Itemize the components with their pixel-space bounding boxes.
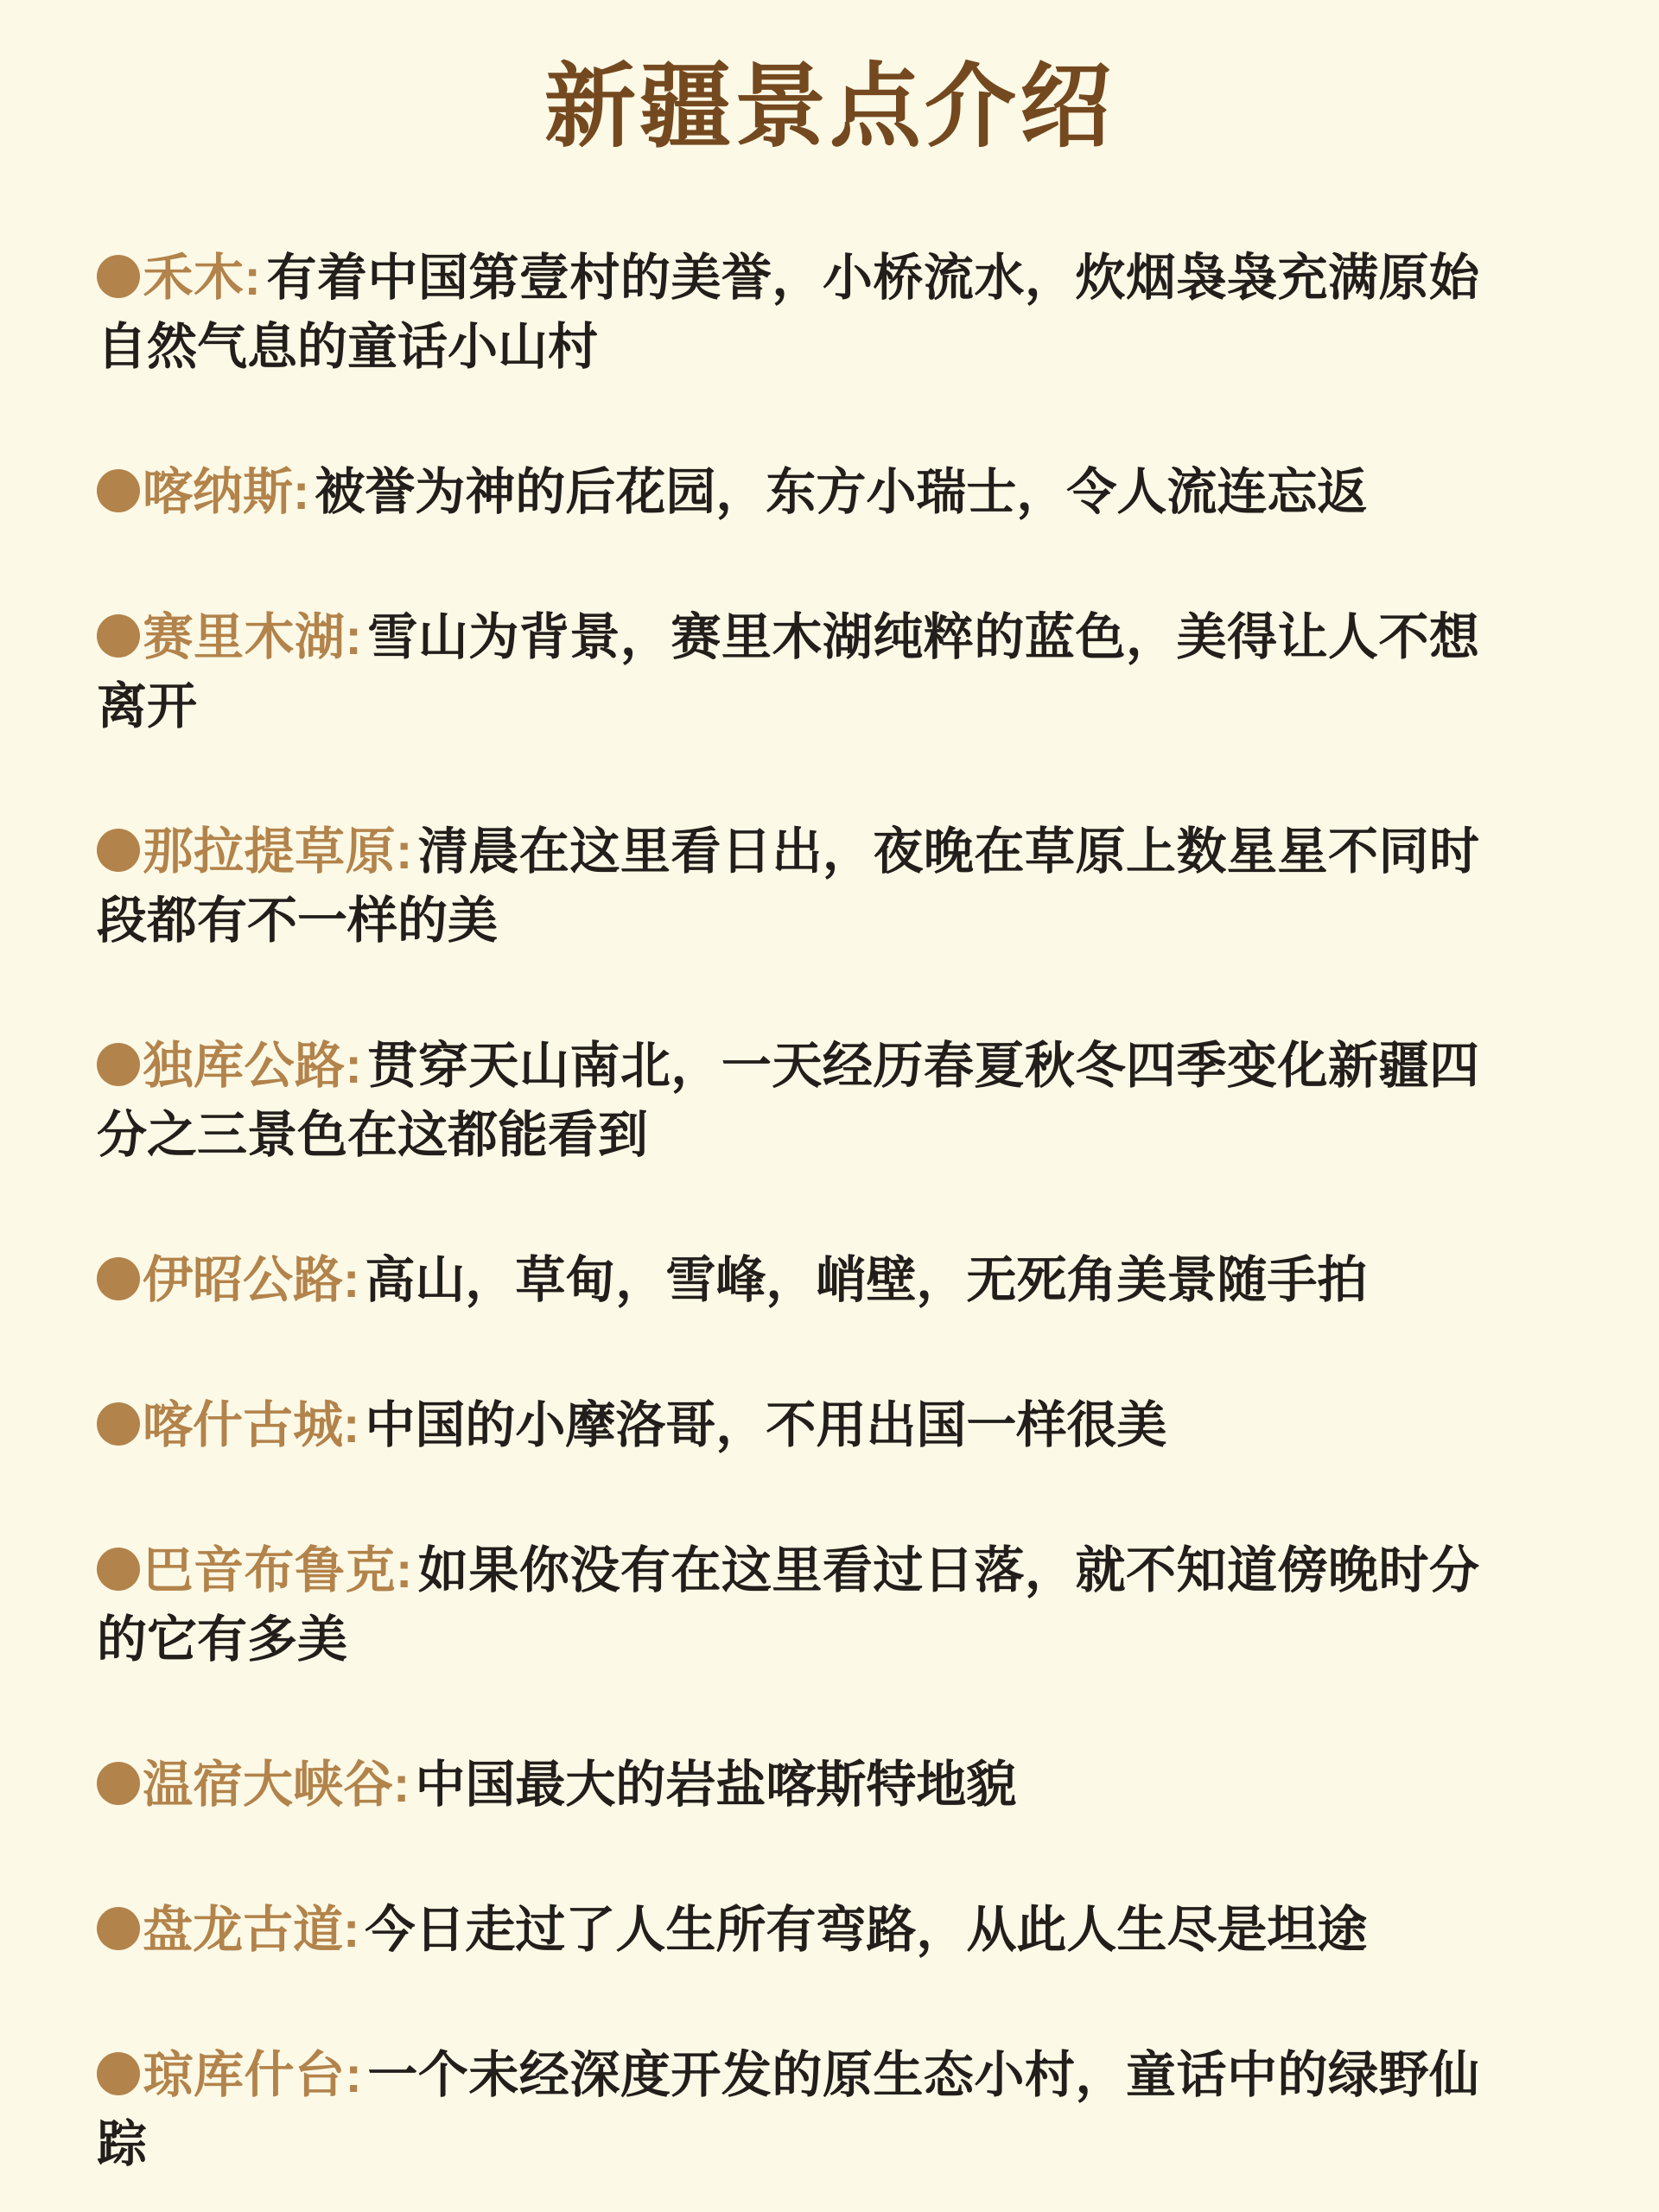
circle-bullet-icon	[97, 469, 140, 512]
attraction-name: 独库公路	[143, 1038, 346, 1094]
circle-bullet-icon	[97, 1257, 140, 1300]
attraction-item: 琼库什台:一个未经深度开发的原生态小村，童话中的绿野仙踪	[97, 2041, 1479, 2179]
attraction-item: 盘龙古道:今日走过了人生所有弯路，从此人生尽是坦途	[97, 1896, 1479, 1965]
attraction-item: 伊昭公路:高山，草甸，雪峰，峭壁，无死角美景随手拍	[97, 1246, 1479, 1315]
attraction-name: 盘龙古道	[143, 1902, 343, 1958]
attraction-description: 高山，草甸，雪峰，峭壁，无死角美景随手拍	[365, 1252, 1367, 1308]
attraction-description: 有着中国第壹村的美誉，小桥流水，炊烟袅袅充满原始自然气息的童话小山村	[97, 250, 1479, 375]
attraction-colon: :	[293, 464, 309, 520]
attraction-colon: :	[393, 1757, 410, 1813]
attraction-colon: :	[396, 823, 412, 880]
circle-bullet-icon	[97, 614, 140, 658]
circle-bullet-icon	[97, 2052, 140, 2095]
attraction-item: 赛里木湖:雪山为背景，赛里木湖纯粹的蓝色，美得让人不想离开	[97, 603, 1479, 741]
circle-bullet-icon	[97, 1762, 140, 1805]
attraction-name: 温宿大峡谷	[143, 1757, 393, 1813]
attraction-colon: :	[343, 1902, 359, 1958]
attraction-item: 喀什古城:中国的小摩洛哥，不用出国一样很美	[97, 1391, 1479, 1460]
circle-bullet-icon	[97, 1907, 140, 1950]
circle-bullet-icon	[97, 1043, 140, 1086]
attraction-colon: :	[245, 250, 261, 306]
attraction-colon: :	[346, 2047, 362, 2103]
circle-bullet-icon	[97, 829, 140, 872]
attraction-list: 禾木:有着中国第壹村的美誉，小桥流水，炊烟袅袅充满原始自然气息的童话小山村 喀纳…	[0, 244, 1659, 2179]
attraction-description: 今日走过了人生所有弯路，从此人生尽是坦途	[365, 1902, 1367, 1958]
attraction-colon: :	[343, 1397, 359, 1453]
attraction-item: 温宿大峡谷:中国最大的岩盐喀斯特地貌	[97, 1751, 1479, 1820]
attraction-name: 喀什古城	[143, 1397, 343, 1453]
attraction-description: 中国最大的岩盐喀斯特地貌	[415, 1757, 1016, 1813]
circle-bullet-icon	[97, 1548, 140, 1591]
attraction-item: 巴音布鲁克:如果你没有在这里看过日落，就不知道傍晚时分的它有多美	[97, 1536, 1479, 1675]
attraction-item: 那拉提草原:清晨在这里看日出，夜晚在草原上数星星不同时段都有不一样的美	[97, 817, 1479, 956]
attraction-colon: :	[343, 1252, 359, 1308]
attraction-name: 巴音布鲁克	[143, 1542, 396, 1599]
attraction-description: 被誉为神的后花园，东方小瑞士，令人流连忘返	[315, 464, 1367, 520]
attraction-colon: :	[346, 1038, 362, 1094]
attraction-item: 禾木:有着中国第壹村的美誉，小桥流水，炊烟袅袅充满原始自然气息的童话小山村	[97, 244, 1479, 382]
poster-page: 新疆景点介绍 禾木:有着中国第壹村的美誉，小桥流水，炊烟袅袅充满原始自然气息的童…	[0, 0, 1659, 2212]
circle-bullet-icon	[97, 255, 140, 298]
attraction-item: 喀纳斯:被誉为神的后花园，东方小瑞士，令人流连忘返	[97, 458, 1479, 527]
attraction-name: 那拉提草原	[143, 823, 396, 880]
attraction-name: 琼库什台	[143, 2047, 346, 2103]
page-title: 新疆景点介绍	[0, 55, 1659, 159]
attraction-colon: :	[396, 1542, 412, 1599]
attraction-item: 独库公路:贯穿天山南北，一天经历春夏秋冬四季变化新疆四分之三景色在这都能看到	[97, 1032, 1479, 1170]
attraction-name: 喀纳斯	[143, 464, 293, 520]
attraction-name: 伊昭公路	[143, 1252, 343, 1308]
attraction-name: 禾木	[143, 250, 245, 306]
circle-bullet-icon	[97, 1402, 140, 1446]
attraction-description: 中国的小摩洛哥，不用出国一样很美	[365, 1397, 1166, 1453]
attraction-name: 赛里木湖	[143, 609, 346, 665]
attraction-colon: :	[346, 609, 362, 665]
